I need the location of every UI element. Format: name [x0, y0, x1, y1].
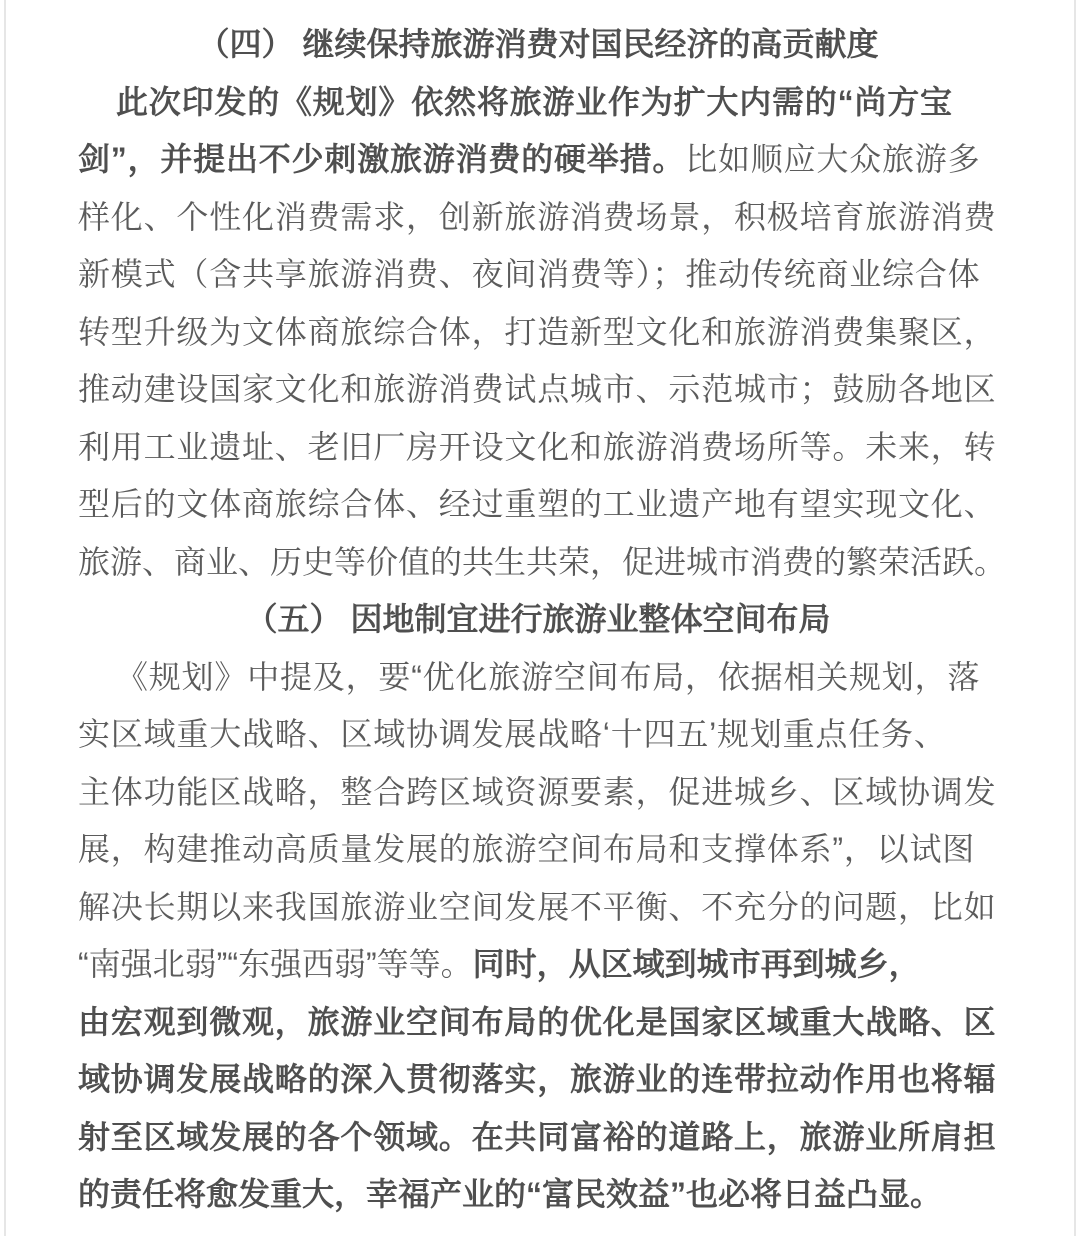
text-line: 此次印发的《规划》依然将旅游业作为扩大内需的“尚方宝 [78, 74, 998, 132]
text-line: 新模式（含共享旅游消费、夜间消费等）；推动传统商业综合体 [78, 246, 998, 304]
section-heading: （五） 因地制宜进行旅游业整体空间布局 [78, 591, 998, 649]
text-line: 实区域重大战略、区域协调发展战略‘十四五’规划重点任务、 [78, 706, 998, 764]
left-page-border [4, 0, 6, 1236]
bold-text-segment: 的责任将愈发重大，幸福产业的“富民效益”也必将日益凸显。 [78, 1176, 942, 1212]
text-segment: 展，构建推动高质量发展的旅游空间布局和支撑体系”，以试图 [78, 831, 975, 867]
text-segment: 《规划》中提及，要“优化旅游空间布局，依据相关规划，落 [116, 659, 980, 695]
bold-text-segment: 域协调发展战略的深入贯彻落实，旅游业的连带拉动作用也将辐 [78, 1061, 996, 1097]
text-line: 《规划》中提及，要“优化旅游空间布局，依据相关规划，落 [78, 649, 998, 707]
text-segment: 新模式（含共享旅游消费、夜间消费等）；推动传统商业综合体 [78, 256, 980, 292]
text-segment: “南强北弱”“东强西弱”等等。 [78, 946, 473, 982]
bold-text-segment: 射至区域发展的各个领域。在共同富裕的道路上，旅游业所肩担 [78, 1119, 996, 1155]
text-line: 展，构建推动高质量发展的旅游空间布局和支撑体系”，以试图 [78, 821, 998, 879]
bold-text-segment: 此次印发的《规划》依然将旅游业作为扩大内需的“尚方宝 [116, 84, 953, 120]
text-line: 利用工业遗址、老旧厂房开设文化和旅游消费场所等。未来，转 [78, 419, 998, 477]
text-line: 推动建设国家文化和旅游消费试点城市、示范城市；鼓励各地区 [78, 361, 998, 419]
text-segment: 转型升级为文体商旅综合体，打造新型文化和旅游消费集聚区， [78, 314, 996, 350]
text-line: 转型升级为文体商旅综合体，打造新型文化和旅游消费集聚区， [78, 304, 998, 362]
text-segment: 主体功能区战略，整合跨区域资源要素，促进城乡、区域协调发 [78, 774, 996, 810]
text-segment: 样化、个性化消费需求，创新旅游消费场景，积极培育旅游消费 [78, 199, 996, 235]
right-page-border [1074, 0, 1076, 1236]
section-heading: （四） 继续保持旅游消费对国民经济的高贡献度 [78, 16, 998, 74]
text-segment: 利用工业遗址、老旧厂房开设文化和旅游消费场所等。未来，转 [78, 429, 996, 465]
article-page: （四） 继续保持旅游消费对国民经济的高贡献度此次印发的《规划》依然将旅游业作为扩… [0, 0, 1080, 1236]
text-segment: 解决长期以来我国旅游业空间发展不平衡、不充分的问题，比如 [78, 889, 996, 925]
text-line: 射至区域发展的各个领域。在共同富裕的道路上，旅游业所肩担 [78, 1109, 998, 1167]
text-line: “南强北弱”“东强西弱”等等。同时，从区域到城市再到城乡， [78, 936, 998, 994]
text-line: 由宏观到微观，旅游业空间布局的优化是国家区域重大战略、区 [78, 994, 998, 1052]
text-line: 解决长期以来我国旅游业空间发展不平衡、不充分的问题，比如 [78, 879, 998, 937]
text-segment: 旅游、商业、历史等价值的共生共荣，促进城市消费的繁荣活跃。 [78, 544, 1006, 580]
article-body: （四） 继续保持旅游消费对国民经济的高贡献度此次印发的《规划》依然将旅游业作为扩… [78, 16, 998, 1224]
text-segment: 推动建设国家文化和旅游消费试点城市、示范城市；鼓励各地区 [78, 371, 996, 407]
text-segment: 比如顺应大众旅游多 [685, 141, 980, 177]
text-segment: 型后的文体商旅综合体、经过重塑的工业遗产地有望实现文化、 [78, 486, 996, 522]
text-line: 旅游、商业、历史等价值的共生共荣，促进城市消费的繁荣活跃。 [78, 534, 998, 592]
text-line: 剑”，并提出不少刺激旅游消费的硬举措。比如顺应大众旅游多 [78, 131, 998, 189]
bold-text-segment: 剑”，并提出不少刺激旅游消费的硬举措。 [78, 141, 685, 177]
bold-text-segment: 同时，从区域到城市再到城乡， [473, 946, 921, 982]
text-line: 型后的文体商旅综合体、经过重塑的工业遗产地有望实现文化、 [78, 476, 998, 534]
text-line: 的责任将愈发重大，幸福产业的“富民效益”也必将日益凸显。 [78, 1166, 998, 1224]
text-line: 域协调发展战略的深入贯彻落实，旅游业的连带拉动作用也将辐 [78, 1051, 998, 1109]
bold-text-segment: 由宏观到微观，旅游业空间布局的优化是国家区域重大战略、区 [78, 1004, 996, 1040]
text-line: 样化、个性化消费需求，创新旅游消费场景，积极培育旅游消费 [78, 189, 998, 247]
text-segment: 实区域重大战略、区域协调发展战略‘十四五’规划重点任务、 [78, 716, 947, 752]
text-line: 主体功能区战略，整合跨区域资源要素，促进城乡、区域协调发 [78, 764, 998, 822]
